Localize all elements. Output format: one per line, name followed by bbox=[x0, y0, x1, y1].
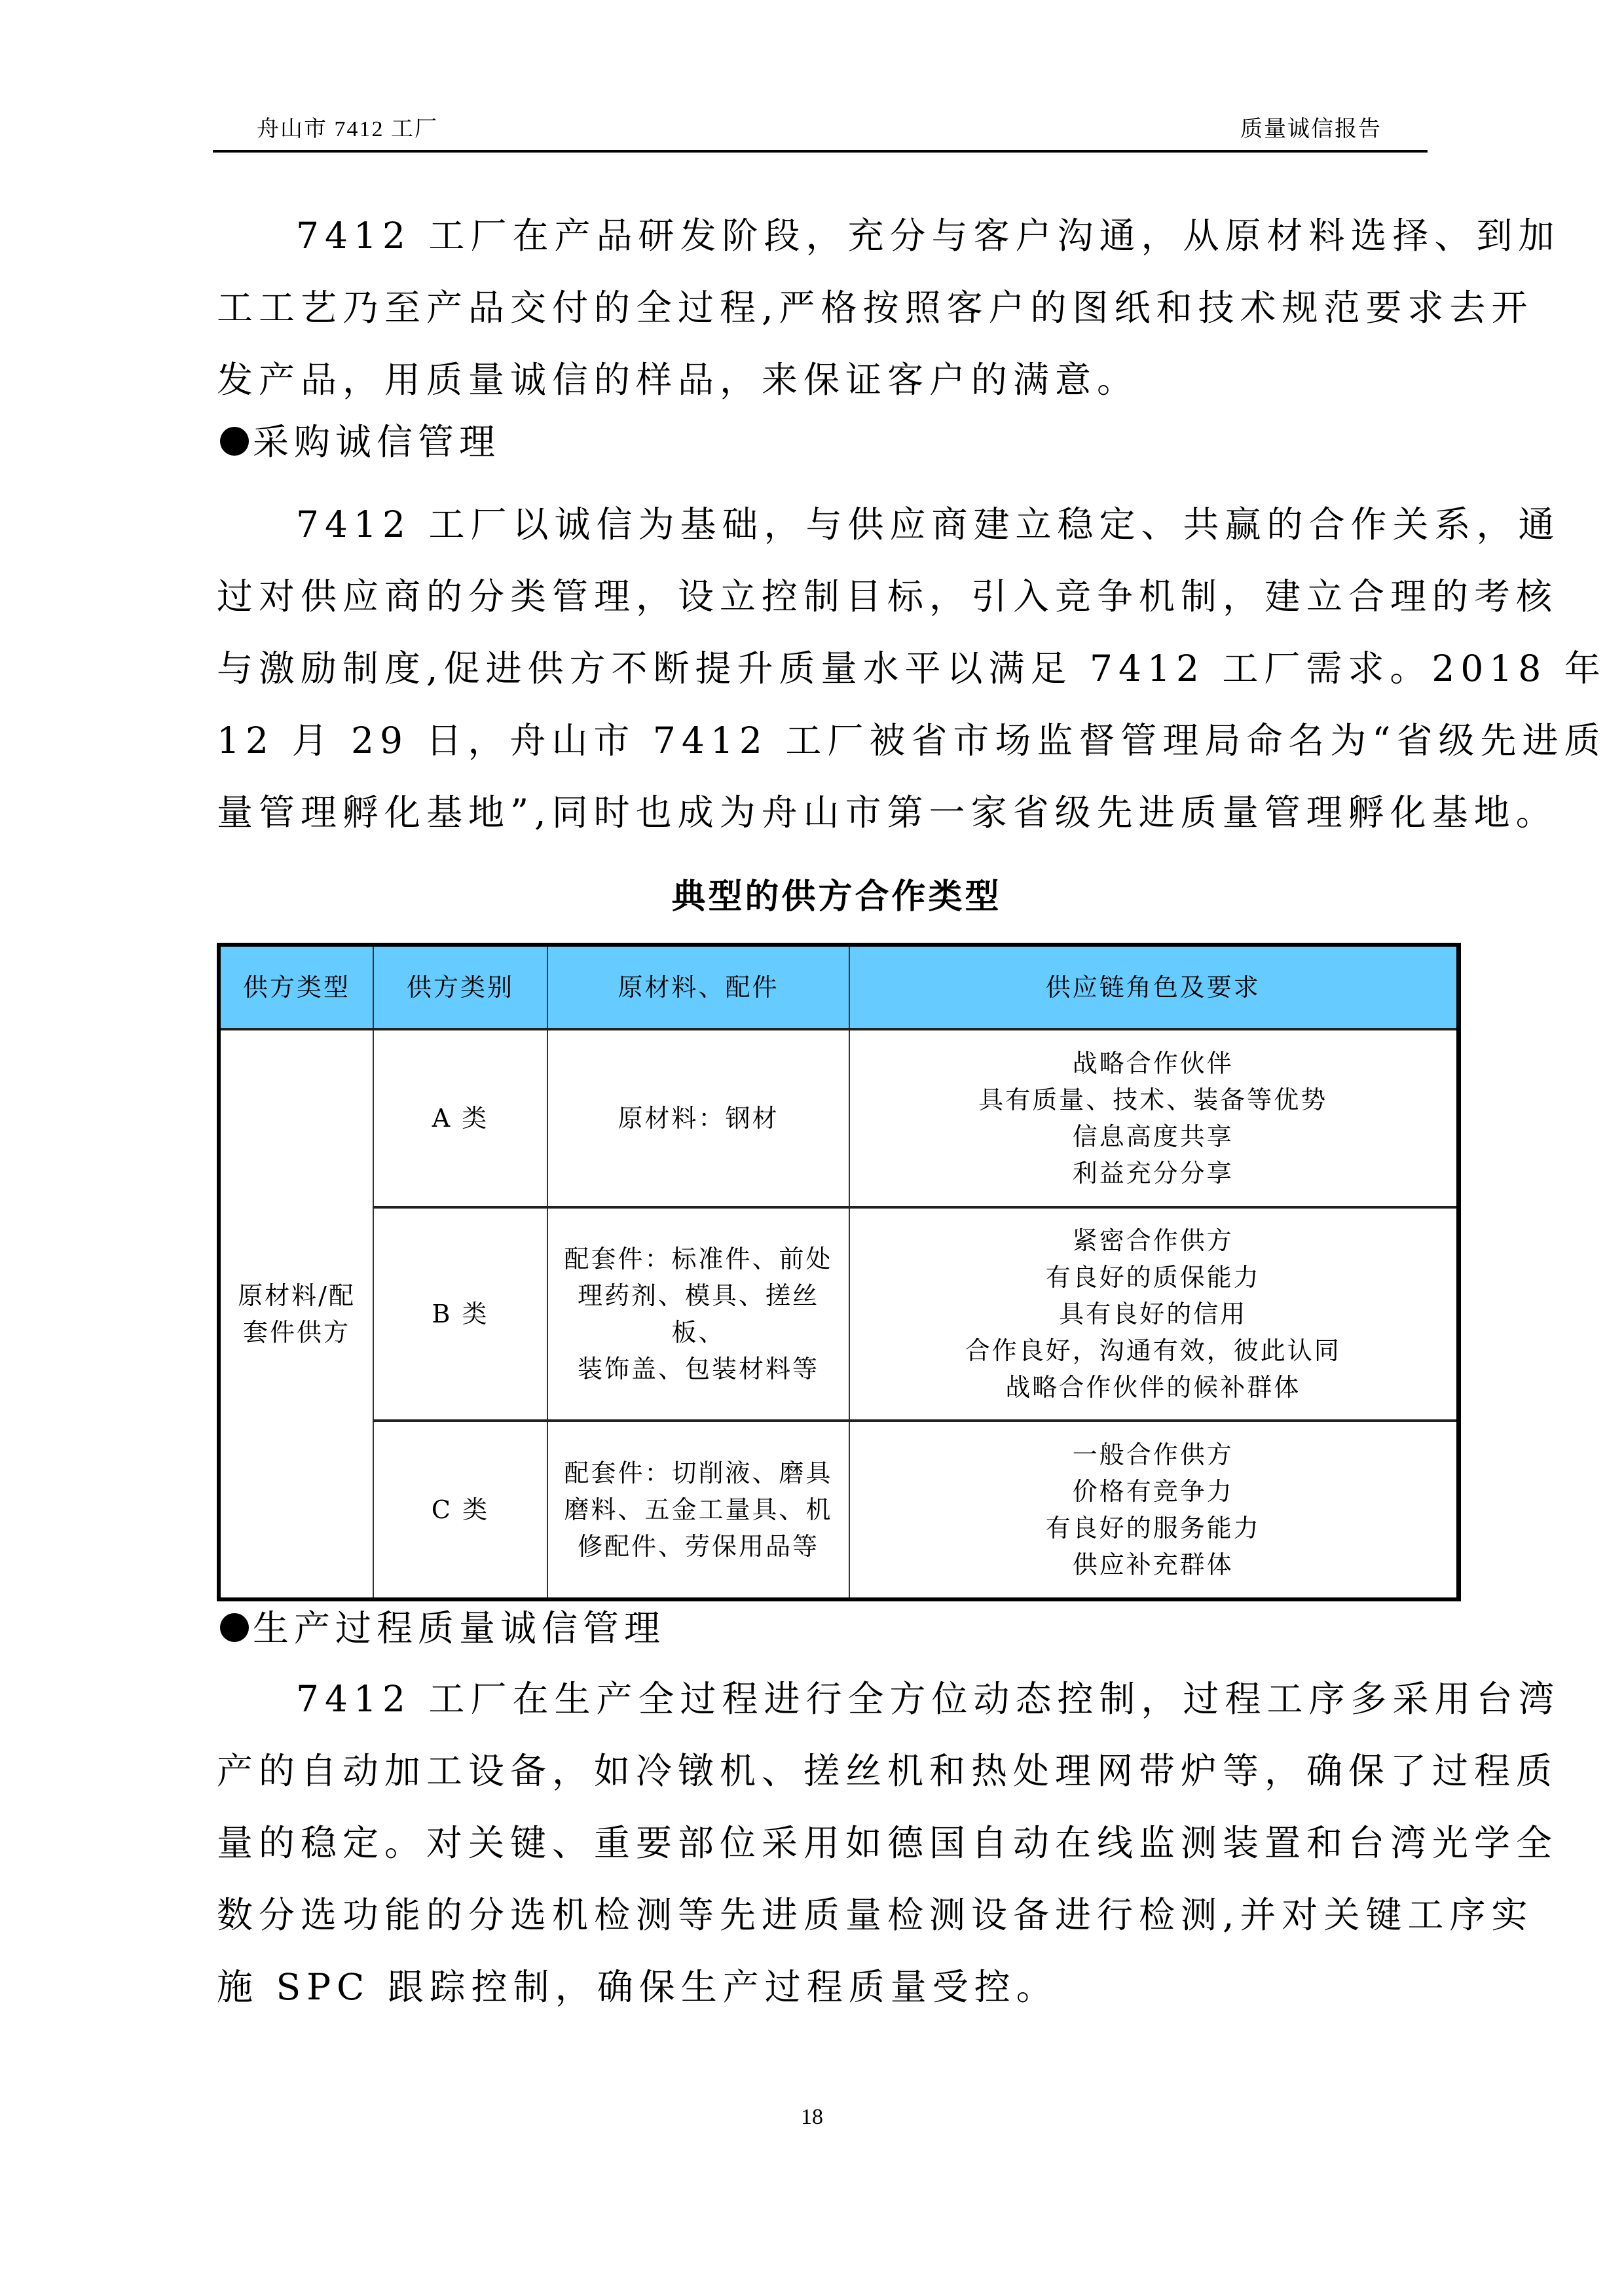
column-header-materials: 原材料、配件 bbox=[547, 945, 849, 1029]
supplier-cooperation-table: 供方类型 供方类别 原材料、配件 供应链角色及要求 原材料/配 套件供方 A 类… bbox=[217, 943, 1461, 1601]
cell-text: 修配件、劳保用品等 bbox=[557, 1528, 840, 1565]
cell-text: 具有良好的信用 bbox=[859, 1296, 1447, 1332]
cell-text: 具有质量、技术、装备等优势 bbox=[859, 1082, 1447, 1118]
paragraph-line: 过对供应商的分类管理，设立控制目标，引入竞争机制，建立合理的考核 bbox=[217, 560, 1419, 632]
paragraph-line: 产的自动加工设备，如冷镦机、搓丝机和热处理网带炉等，确保了过程质 bbox=[217, 1735, 1419, 1807]
section-heading-text: 生产过程质量诚信管理 bbox=[253, 1607, 665, 1649]
table-title: 典型的供方合作类型 bbox=[217, 871, 1456, 923]
supplier-type-cell: 原材料/配 套件供方 bbox=[219, 1029, 373, 1599]
materials-cell: 配套件：标准件、前处 理药剂、模具、搓丝板、 装饰盖、包装材料等 bbox=[547, 1207, 849, 1421]
cell-text: 一般合作供方 bbox=[859, 1436, 1447, 1473]
cell-text: 战略合作伙伴的候补群体 bbox=[859, 1369, 1447, 1406]
role-cell: 一般合作供方 价格有竞争力 有良好的服务能力 供应补充群体 bbox=[849, 1421, 1458, 1599]
cell-text: 合作良好，沟通有效，彼此认同 bbox=[859, 1332, 1447, 1369]
cell-text: 原材料：钢材 bbox=[557, 1100, 840, 1137]
paragraph-line: 7412 工厂在产品研发阶段，充分与客户沟通，从原材料选择、到加 bbox=[217, 200, 1419, 272]
materials-cell: 配套件：切削液、磨具 磨料、五金工量具、机 修配件、劳保用品等 bbox=[547, 1421, 849, 1599]
cell-text: 磨料、五金工量具、机 bbox=[557, 1491, 840, 1528]
section-heading-procurement: 采购诚信管理 bbox=[220, 416, 500, 468]
bullet-icon bbox=[220, 427, 249, 456]
category-cell: C 类 bbox=[373, 1421, 547, 1599]
paragraph-line: 7412 工厂在生产全过程进行全方位动态控制，过程工序多采用台湾 bbox=[217, 1663, 1419, 1735]
paragraph-line: 量管理孵化基地”,同时也成为舟山市第一家省级先进质量管理孵化基地。 bbox=[217, 776, 1419, 848]
paragraph-line: 工工艺乃至产品交付的全过程,严格按照客户的图纸和技术规范要求去开 bbox=[217, 272, 1419, 344]
cell-text: 信息高度共享 bbox=[859, 1118, 1447, 1155]
running-header-left: 舟山市 7412 工厂 bbox=[257, 115, 438, 144]
cell-text: 战略合作伙伴 bbox=[859, 1045, 1447, 1082]
table-row: B 类 配套件：标准件、前处 理药剂、模具、搓丝板、 装饰盖、包装材料等 紧密合… bbox=[219, 1207, 1458, 1421]
table-header-row: 供方类型 供方类别 原材料、配件 供应链角色及要求 bbox=[219, 945, 1458, 1029]
column-header-supplier-category: 供方类别 bbox=[373, 945, 547, 1029]
cell-text: 配套件：标准件、前处 bbox=[557, 1241, 840, 1277]
cell-text: 供应补充群体 bbox=[859, 1546, 1447, 1583]
header-divider bbox=[213, 150, 1428, 153]
paragraph-line: 7412 工厂以诚信为基础，与供应商建立稳定、共赢的合作关系，通 bbox=[217, 488, 1419, 560]
role-cell: 紧密合作供方 有良好的质保能力 具有良好的信用 合作良好，沟通有效，彼此认同 战… bbox=[849, 1207, 1458, 1421]
column-header-supply-chain-role: 供应链角色及要求 bbox=[849, 945, 1458, 1029]
cell-text: 价格有竞争力 bbox=[859, 1473, 1447, 1510]
cell-text: 紧密合作供方 bbox=[859, 1222, 1447, 1259]
bullet-icon bbox=[220, 1613, 249, 1642]
paragraph-line: 与激励制度,促进供方不断提升质量水平以满足 7412 工厂需求。2018 年 bbox=[217, 632, 1419, 704]
paragraph-line: 数分选功能的分选机检测等先进质量检测设备进行检测,并对关键工序实 bbox=[217, 1879, 1419, 1951]
section-heading-production: 生产过程质量诚信管理 bbox=[220, 1602, 665, 1654]
cell-text: 原材料/配 bbox=[230, 1277, 363, 1314]
cell-text: 套件供方 bbox=[230, 1314, 363, 1351]
paragraph-line: 发产品，用质量诚信的样品，来保证客户的满意。 bbox=[217, 344, 1419, 416]
category-cell: B 类 bbox=[373, 1207, 547, 1421]
cell-text: 利益充分分享 bbox=[859, 1155, 1447, 1192]
cell-text: 配套件：切削液、磨具 bbox=[557, 1455, 840, 1491]
table-row: 原材料/配 套件供方 A 类 原材料：钢材 战略合作伙伴 具有质量、技术、装备等… bbox=[219, 1029, 1458, 1207]
page-number: 18 bbox=[0, 2103, 1624, 2132]
cell-text: 理药剂、模具、搓丝板、 bbox=[557, 1277, 840, 1351]
cell-text: 有良好的质保能力 bbox=[859, 1259, 1447, 1296]
column-header-supplier-type: 供方类型 bbox=[219, 945, 373, 1029]
paragraph-line: 量的稳定。对关键、重要部位采用如德国自动在线监测装置和台湾光学全 bbox=[217, 1807, 1419, 1879]
cell-text: 装饰盖、包装材料等 bbox=[557, 1351, 840, 1387]
category-cell: A 类 bbox=[373, 1029, 547, 1207]
running-header-right: 质量诚信报告 bbox=[1240, 115, 1382, 144]
cell-text: 有良好的服务能力 bbox=[859, 1510, 1447, 1546]
paragraph-line: 施 SPC 跟踪控制，确保生产过程质量受控。 bbox=[217, 1951, 1419, 2023]
section-heading-text: 采购诚信管理 bbox=[253, 421, 500, 463]
materials-cell: 原材料：钢材 bbox=[547, 1029, 849, 1207]
table-row: C 类 配套件：切削液、磨具 磨料、五金工量具、机 修配件、劳保用品等 一般合作… bbox=[219, 1421, 1458, 1599]
paragraph-line: 12 月 29 日，舟山市 7412 工厂被省市场监督管理局命名为“省级先进质 bbox=[217, 704, 1419, 776]
role-cell: 战略合作伙伴 具有质量、技术、装备等优势 信息高度共享 利益充分分享 bbox=[849, 1029, 1458, 1207]
